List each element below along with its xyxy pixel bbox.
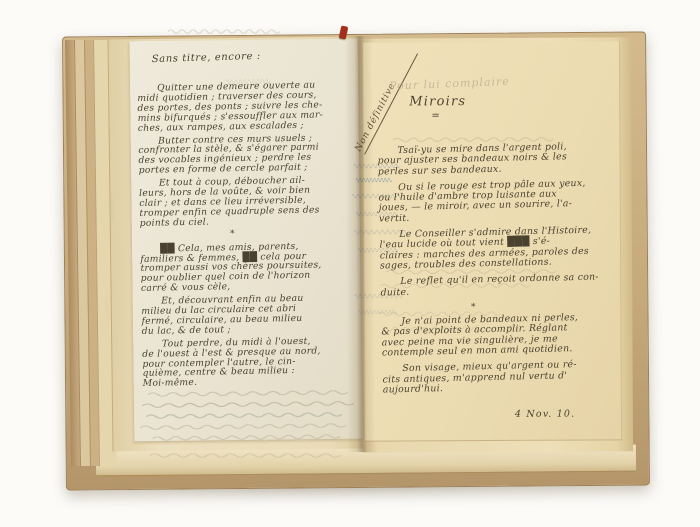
manuscript-paragraph: Le Conseiller s'admire dans l'Histoire,l… <box>379 226 598 272</box>
left-poem-text: Quitter une demeure ouverte aumidi quoti… <box>137 80 328 392</box>
left-manuscript-sheet: Sans titre, encore : Quitter une demeure… <box>130 39 363 443</box>
manuscript-line: sages, troubles des constellations. <box>380 257 599 272</box>
show-through-writing <box>140 422 346 432</box>
manuscript-paragraph: Son visage, mieux qu'argent ou ré-cits a… <box>382 360 601 396</box>
poem-date: 4 Nov. 10. <box>515 410 576 420</box>
manuscript-paragraph: Ou si le rouge est trop pâle aux yeux,ou… <box>378 178 597 224</box>
show-through-writing <box>142 400 354 410</box>
show-through-writing <box>146 411 342 420</box>
manuscript-paragraph: Tsaï-yu se mire dans l'argent poli,pour … <box>377 142 596 178</box>
manuscript-paragraph: Quitter une demeure ouverte aumidi quoti… <box>137 80 323 133</box>
manuscript-paragraph: Butter contre ces murs usuels ;confronte… <box>138 133 324 176</box>
manuscript-paragraph: Et tout à coup, déboucher ail-leurs, hor… <box>139 176 325 229</box>
manuscript-line: Moi-même. <box>143 376 329 389</box>
manuscript-paragraph: Je n'ai point de bandeaux ni perles,& pa… <box>381 313 600 359</box>
show-through-writing <box>168 28 280 35</box>
manuscript-line: points du ciel. <box>140 215 326 228</box>
title-underline-mark: = <box>431 111 440 121</box>
section-separator: * <box>140 228 325 241</box>
manuscript-paragraph: Le reflet qu'il en reçoit ordonne sa con… <box>380 273 599 299</box>
manuscript-header: Sans titre, encore : <box>152 51 261 66</box>
manuscript-paragraph: ██ Cela, mes amis, parents,familiers & f… <box>140 241 326 294</box>
show-through-writing <box>150 452 340 459</box>
manuscript-paragraph: Et, découvrant enfin au beaumilieu du la… <box>141 293 327 336</box>
poem-title: Miroirs <box>409 95 466 109</box>
manuscript-line: ches, aux rampes, aux escalades ; <box>138 120 324 133</box>
manuscript-paragraph: Tout perdre, du midi à l'ouest,de l'oues… <box>142 336 328 389</box>
manuscript-line: du lac, & de tout ; <box>142 323 328 336</box>
show-through-writing <box>148 389 348 398</box>
right-manuscript-sheet: Non définitive Pour lui complaire Miroir… <box>363 41 622 441</box>
faint-pencil-title: Pour lui complaire <box>389 76 510 93</box>
manuscript-line: contemple seul en mon ami quotidien. <box>382 344 601 359</box>
gutter-shadow <box>345 36 376 452</box>
right-poem-text: Tsaï-yu se mire dans l'argent poli,pour … <box>377 142 601 402</box>
photograph-background: Sans titre, encore : Quitter une demeure… <box>0 0 700 527</box>
